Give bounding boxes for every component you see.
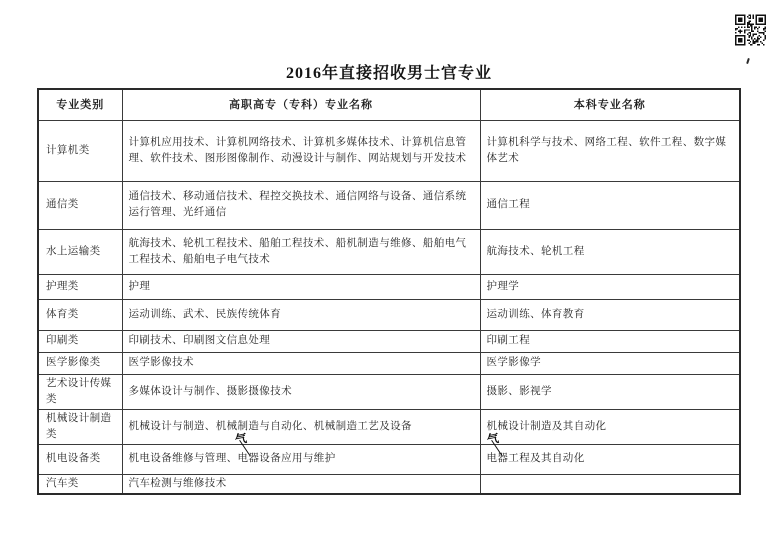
college-majors-cell: 多媒体设计与制作、摄影摄像技术 <box>122 374 480 409</box>
college-majors-cell: 航海技术、轮机工程技术、船舶工程技术、船机制造与维修、船舶电气工程技术、船舶电子… <box>122 229 480 274</box>
category-cell: 艺术设计传媒类 <box>38 374 122 409</box>
bachelor-majors-cell: 电器工程及其自动化 气 <box>480 444 740 474</box>
majors-table: 专业类别 高职高专（专科）专业名称 本科专业名称 计算机类 计算机应用技术、计算… <box>37 88 741 495</box>
college-majors-cell: 计算机应用技术、计算机网络技术、计算机多媒体技术、计算机信息管理、软件技术、图形… <box>122 120 480 181</box>
table-row-mechanical-design: 机械设计制造类 机械设计与制造、机械制造与自动化、机械制造工艺及设备 机械设计制… <box>38 409 740 444</box>
bachelor-majors-cell: 计算机科学与技术、网络工程、软件工程、数字媒体艺术 <box>480 120 740 181</box>
category-cell: 医学影像类 <box>38 352 122 374</box>
college-majors-cell: 汽车检测与维修技术 <box>122 474 480 494</box>
table-row-communication: 通信类 通信技术、移动通信技术、程控交换技术、通信网络与设备、通信系统运行管理、… <box>38 181 740 229</box>
header-category: 专业类别 <box>38 89 122 120</box>
table-row-electromechanical: 机电设备类 机电设备维修与管理、电器设备应用与维护 气 电器工程及其自动化 气 <box>38 444 740 474</box>
page-title: 2016年直接招收男士官专业 <box>0 60 778 83</box>
college-majors-cell: 通信技术、移动通信技术、程控交换技术、通信网络与设备、通信系统运行管理、光纤通信 <box>122 181 480 229</box>
bachelor-majors-cell <box>480 474 740 494</box>
qr-code-icon <box>735 14 766 46</box>
category-cell: 汽车类 <box>38 474 122 494</box>
table-row-printing: 印刷类 印刷技术、印刷图文信息处理 印刷工程 <box>38 330 740 352</box>
college-majors-cell: 医学影像技术 <box>122 352 480 374</box>
category-cell: 体育类 <box>38 299 122 330</box>
table-row-art-design-media: 艺术设计传媒类 多媒体设计与制作、摄影摄像技术 摄影、影视学 <box>38 374 740 409</box>
category-cell: 机电设备类 <box>38 444 122 474</box>
table-row-water-transport: 水上运输类 航海技术、轮机工程技术、船舶工程技术、船机制造与维修、船舶电气工程技… <box>38 229 740 274</box>
category-cell: 印刷类 <box>38 330 122 352</box>
category-cell: 机械设计制造类 <box>38 409 122 444</box>
category-cell: 计算机类 <box>38 120 122 181</box>
header-college-majors: 高职高专（专科）专业名称 <box>122 89 480 120</box>
college-majors-cell: 机械设计与制造、机械制造与自动化、机械制造工艺及设备 <box>122 409 480 444</box>
header-bachelor-majors: 本科专业名称 <box>480 89 740 120</box>
bachelor-majors-cell: 航海技术、轮机工程 <box>480 229 740 274</box>
table-row-automobile: 汽车类 汽车检测与维修技术 <box>38 474 740 494</box>
college-majors-cell: 印刷技术、印刷图文信息处理 <box>122 330 480 352</box>
table-row-computer: 计算机类 计算机应用技术、计算机网络技术、计算机多媒体技术、计算机信息管理、软件… <box>38 120 740 181</box>
table-header-row: 专业类别 高职高专（专科）专业名称 本科专业名称 <box>38 89 740 120</box>
category-cell: 护理类 <box>38 274 122 299</box>
bachelor-majors-cell: 医学影像学 <box>480 352 740 374</box>
scanned-document-page: 2016年直接招收男士官专业 专业类别 高职高专（专科）专业名称 本科专业名称 … <box>0 0 778 542</box>
table-row-sports: 体育类 运动训练、武术、民族传统体育 运动训练、体育教育 <box>38 299 740 330</box>
bachelor-majors-cell: 通信工程 <box>480 181 740 229</box>
college-majors-cell: 运动训练、武术、民族传统体育 <box>122 299 480 330</box>
category-cell: 水上运输类 <box>38 229 122 274</box>
bachelor-majors-cell: 机械设计制造及其自动化 <box>480 409 740 444</box>
table-row-medical-imaging: 医学影像类 医学影像技术 医学影像学 <box>38 352 740 374</box>
bachelor-majors-cell: 摄影、影视学 <box>480 374 740 409</box>
table-row-nursing: 护理类 护理 护理学 <box>38 274 740 299</box>
category-cell: 通信类 <box>38 181 122 229</box>
bachelor-majors-cell: 运动训练、体育教育 <box>480 299 740 330</box>
college-majors-cell: 机电设备维修与管理、电器设备应用与维护 气 <box>122 444 480 474</box>
college-majors-cell: 护理 <box>122 274 480 299</box>
bachelor-majors-cell: 印刷工程 <box>480 330 740 352</box>
bachelor-majors-cell: 护理学 <box>480 274 740 299</box>
